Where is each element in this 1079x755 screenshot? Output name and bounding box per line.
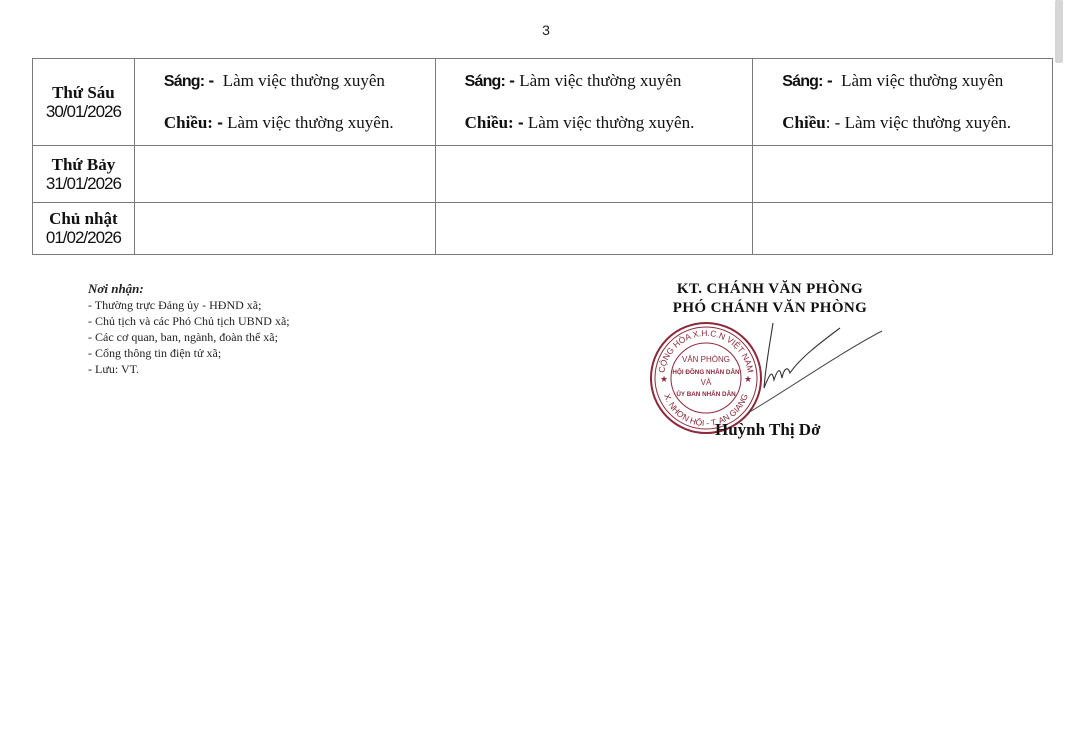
afternoon-slot: Chiều: - Làm việc thường xuyên. [465, 113, 753, 133]
recipient-item: - Cổng thông tin điện tử xã; [88, 345, 290, 361]
afternoon-slot: Chiều: - Làm việc thường xuyên. [782, 113, 1052, 133]
table-row: Thứ Sáu 30/01/2026 Sáng: - Làm việc thườ… [33, 59, 1053, 146]
day-cell: Thứ Sáu 30/01/2026 [33, 59, 135, 146]
dash: - [217, 113, 223, 132]
signature-title-2: PHÓ CHÁNH VĂN PHÒNG [640, 299, 900, 318]
day-date: 30/01/2026 [33, 102, 134, 122]
svg-text:ỦY BAN NHÂN DÂN: ỦY BAN NHÂN DÂN [676, 389, 736, 398]
morning-slot: Sáng: - Làm việc thường xuyên [782, 71, 1052, 92]
recipient-item: - Lưu: VT. [88, 361, 290, 377]
afternoon-text: Làm việc thường xuyên. [528, 113, 694, 132]
schedule-cell [134, 146, 435, 203]
svg-text:VĂN PHÒNG: VĂN PHÒNG [682, 355, 730, 364]
schedule-cell [435, 203, 753, 255]
day-cell: Chủ nhật 01/02/2026 [33, 203, 135, 255]
afternoon-label: Chiều: [465, 113, 514, 132]
scrollbar[interactable] [1055, 0, 1063, 63]
signature-block: KT. CHÁNH VĂN PHÒNG PHÓ CHÁNH VĂN PHÒNG [640, 280, 900, 318]
schedule-cell: Sáng: - Làm việc thường xuyên Chiều: - L… [753, 59, 1053, 146]
afternoon-slot: Chiều: - Làm việc thường xuyên. [164, 113, 435, 133]
schedule-cell [134, 203, 435, 255]
morning-slot: Sáng: - Làm việc thường xuyên [164, 71, 435, 92]
day-date: 01/02/2026 [33, 228, 134, 248]
schedule-cell [753, 146, 1053, 203]
schedule-cell [435, 146, 753, 203]
day-date: 31/01/2026 [33, 174, 134, 194]
svg-text:★: ★ [660, 374, 668, 384]
recipient-item: - Chủ tịch và các Phó Chủ tịch UBND xã; [88, 313, 290, 329]
table-row: Thứ Bảy 31/01/2026 [33, 146, 1053, 203]
schedule-cell: Sáng: - Làm việc thường xuyên Chiều: - L… [435, 59, 753, 146]
morning-slot: Sáng: - Làm việc thường xuyên [465, 71, 753, 92]
dash: - [209, 71, 215, 90]
morning-text: Làm việc thường xuyên [223, 71, 385, 90]
morning-text: Làm việc thường xuyên [841, 71, 1003, 90]
schedule-cell [753, 203, 1053, 255]
dash: : - [826, 113, 841, 132]
afternoon-label: Chiều [782, 113, 825, 132]
dash: - [509, 71, 515, 90]
page-number: 3 [0, 22, 1079, 38]
signature-title-1: KT. CHÁNH VĂN PHÒNG [640, 280, 900, 299]
schedule-table: Thứ Sáu 30/01/2026 Sáng: - Làm việc thườ… [32, 58, 1053, 255]
dash: - [827, 71, 833, 90]
svg-text:VÀ: VÀ [701, 378, 712, 387]
morning-label: Sáng: [465, 73, 505, 90]
svg-text:HỘI ĐỒNG NHÂN DÂN: HỘI ĐỒNG NHÂN DÂN [672, 366, 740, 376]
day-name: Thứ Sáu [33, 83, 134, 102]
day-cell: Thứ Bảy 31/01/2026 [33, 146, 135, 203]
signer-name: Huỳnh Thị Dở [715, 420, 821, 440]
day-name: Thứ Bảy [33, 155, 134, 174]
afternoon-text: Làm việc thường xuyên. [227, 113, 393, 132]
morning-label: Sáng: [164, 73, 204, 90]
recipients-title: Nơi nhận: [88, 281, 290, 297]
recipients-block: Nơi nhận: - Thường trực Đảng ủy - HĐND x… [88, 281, 290, 377]
morning-label: Sáng: [782, 73, 822, 90]
recipient-item: - Các cơ quan, ban, ngành, đoàn thể xã; [88, 329, 290, 345]
dash: - [518, 113, 524, 132]
table-row: Chủ nhật 01/02/2026 [33, 203, 1053, 255]
afternoon-text: Làm việc thường xuyên. [845, 113, 1011, 132]
morning-text: Làm việc thường xuyên [519, 71, 681, 90]
afternoon-label: Chiều: [164, 113, 213, 132]
recipient-item: - Thường trực Đảng ủy - HĐND xã; [88, 297, 290, 313]
schedule-cell: Sáng: - Làm việc thường xuyên Chiều: - L… [134, 59, 435, 146]
day-name: Chủ nhật [33, 209, 134, 228]
